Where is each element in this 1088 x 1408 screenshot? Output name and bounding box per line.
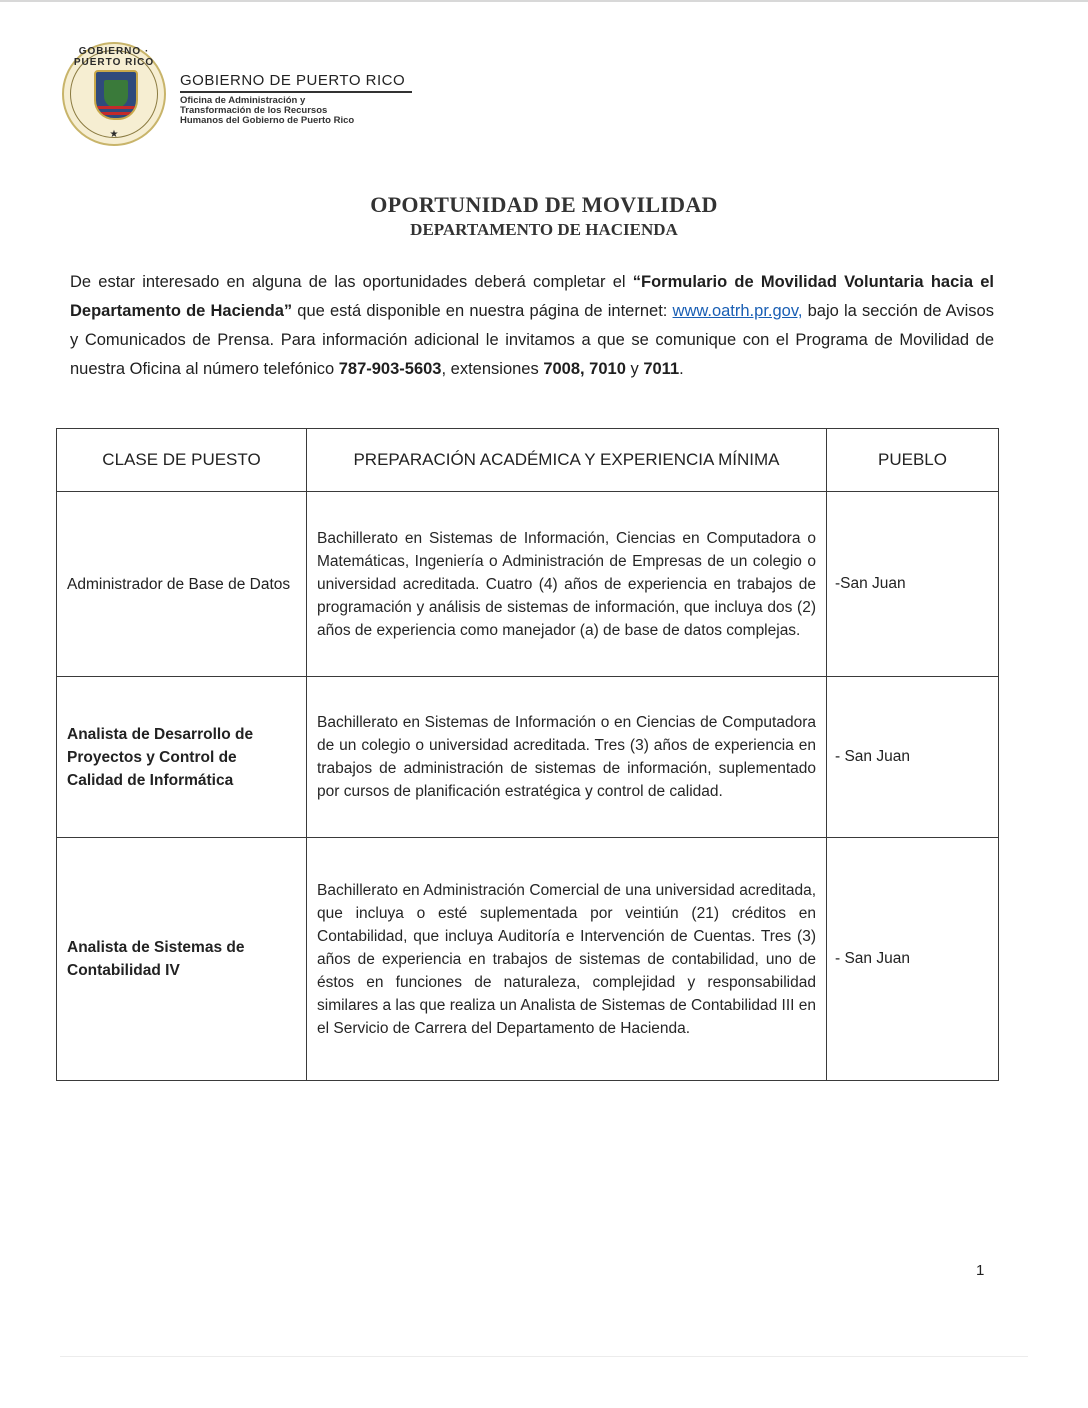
- table-row: Administrador de Base de Datos Bachiller…: [57, 492, 999, 677]
- document-subtitle: DEPARTAMENTO DE HACIENDA: [0, 220, 1088, 240]
- page-number: 1: [976, 1262, 984, 1279]
- document-title: OPORTUNIDAD DE MOVILIDAD: [0, 192, 1088, 218]
- document-title-block: OPORTUNIDAD DE MOVILIDAD DEPARTAMENTO DE…: [0, 192, 1088, 240]
- header-requirements: PREPARACIÓN ACADÉMICA Y EXPERIENCIA MÍNI…: [307, 429, 827, 492]
- intro-text: que está disponible en nuestra página de…: [292, 302, 672, 320]
- table-row: Analista de Sistemas de Contabilidad IV …: [57, 838, 999, 1081]
- organization-title: GOBIERNO DE PUERTO RICO: [180, 72, 412, 93]
- table-row: Analista de Desarrollo de Proyectos y Co…: [57, 677, 999, 838]
- intro-text: De estar interesado en alguna de las opo…: [70, 273, 633, 291]
- organization-block: GOBIERNO DE PUERTO RICO Oficina de Admin…: [180, 72, 412, 126]
- requirements-cell: Bachillerato en Sistemas de Información …: [307, 677, 827, 838]
- header-position: CLASE DE PUESTO: [57, 429, 307, 492]
- position-cell: Analista de Sistemas de Contabilidad IV: [57, 838, 307, 1081]
- intro-paragraph: De estar interesado en alguna de las opo…: [70, 268, 994, 384]
- requirements-cell: Bachillerato en Sistemas de Información,…: [307, 492, 827, 677]
- extension-last: 7011: [643, 360, 679, 378]
- website-link[interactable]: www.oatrh.pr.gov,: [673, 302, 803, 320]
- requirements-cell: Bachillerato en Administración Comercial…: [307, 838, 827, 1081]
- position-cell: Administrador de Base de Datos: [57, 492, 307, 677]
- extensions: 7008, 7010: [543, 360, 626, 378]
- table-header-row: CLASE DE PUESTO PREPARACIÓN ACADÉMICA Y …: [57, 429, 999, 492]
- job-opportunities-table: CLASE DE PUESTO PREPARACIÓN ACADÉMICA Y …: [56, 428, 999, 1081]
- puerto-rico-seal-icon: GOBIERNO · PUERTO RICO ★: [62, 42, 166, 146]
- page-top-edge: [0, 0, 1088, 2]
- intro-text: y: [626, 360, 643, 378]
- organization-subtitle-line: Humanos del Gobierno de Puerto Rico: [180, 116, 412, 126]
- page-bottom-edge: [60, 1356, 1028, 1357]
- town-cell: - San Juan: [827, 677, 999, 838]
- phone-number: 787-903-5603: [339, 360, 442, 378]
- seal-text: GOBIERNO · PUERTO RICO: [64, 46, 164, 68]
- town-cell: - San Juan: [827, 838, 999, 1081]
- letterhead: GOBIERNO · PUERTO RICO ★ GOBIERNO DE PUE…: [62, 42, 412, 146]
- position-cell: Analista de Desarrollo de Proyectos y Co…: [57, 677, 307, 838]
- header-town: PUEBLO: [827, 429, 999, 492]
- organization-subtitle: Oficina de Administración y Transformaci…: [180, 96, 412, 126]
- town-cell: -San Juan: [827, 492, 999, 677]
- intro-text: .: [679, 360, 684, 378]
- intro-text: , extensiones: [442, 360, 544, 378]
